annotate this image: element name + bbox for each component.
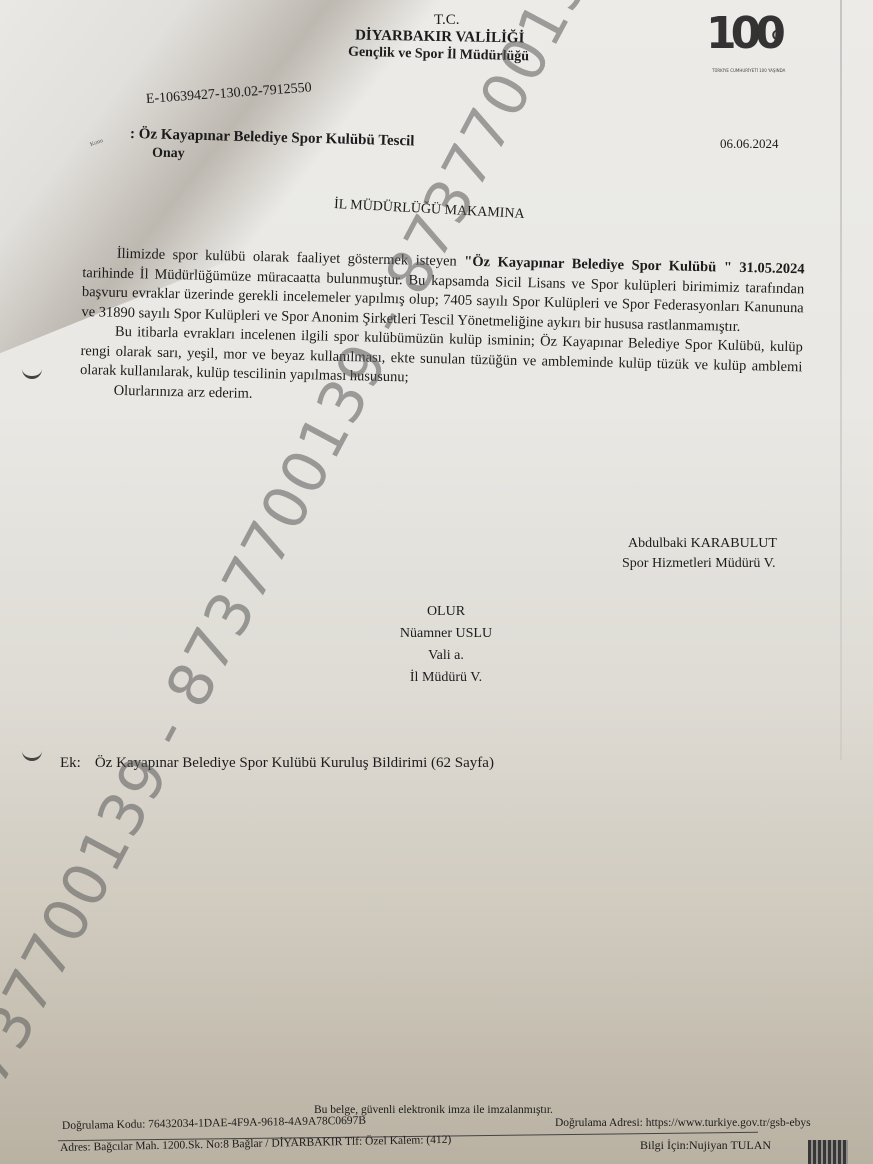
letter-body: İlimizde spor kulübü olarak faaliyet gös… <box>79 244 804 416</box>
attachment: Ek:Öz Kayapınar Belediye Spor Kulübü Kur… <box>60 755 494 772</box>
footer-info-contact: Bilgi İçin:Nujiyan TULAN <box>640 1138 771 1153</box>
approval-line-3: İl Müdürü V. <box>385 667 507 689</box>
document-number: E-10639427-130.02-7912550 <box>145 80 312 108</box>
header-directorate: Gençlik ve Spor İl Müdürlüğü <box>348 45 529 66</box>
footer-verification-code: Doğrulama Kodu: 76432034-1DAE-4F9A-9618-… <box>62 1115 366 1132</box>
signatory-name: Abdulbaki KARABULUT <box>628 536 777 552</box>
document-date: 06.06.2024 <box>720 136 779 152</box>
header-governorship: DİYARBAKIR VALİLİĞİ <box>355 28 525 48</box>
qr-code-icon <box>808 1140 848 1164</box>
punch-mark-icon <box>22 748 42 761</box>
approval-name: Nüamner USLU <box>385 623 507 645</box>
attachment-label: Ek: <box>60 755 81 771</box>
footer-verification-address[interactable]: Doğrulama Adresi: https://www.turkiye.go… <box>555 1117 811 1129</box>
punch-mark-icon <box>22 366 42 379</box>
approval-line-2: Vali a. <box>385 645 507 667</box>
centenary-logo: 100 ☪ TÜRKİYE CUMHURİYETİ 100 YAŞINDA <box>706 10 796 80</box>
document-page: T.C. DİYARBAKIR VALİLİĞİ Gençlik ve Spor… <box>0 0 873 1164</box>
addressee: İL MÜDÜRLÜĞÜ MAKAMINA <box>334 197 525 223</box>
approval-olur: OLUR <box>385 601 507 623</box>
watermark-number: 8737700139 - 8737700139 - 8737700139 <box>0 0 622 1131</box>
signatory-title: Spor Hizmetleri Müdürü V. <box>622 556 775 572</box>
attachment-text: Öz Kayapınar Belediye Spor Kulübü Kurulu… <box>95 755 494 771</box>
page-edge-line <box>840 0 842 760</box>
crescent-star-icon: ☪ <box>771 28 784 45</box>
subject-label: Konu <box>89 138 104 148</box>
footer-address: Adres: Bağcılar Mah. 1200.Sk. No:8 Bağla… <box>60 1134 452 1154</box>
footer: Bu belge, güvenli elektronik imza ile im… <box>0 1100 873 1164</box>
approval-block: OLUR Nüamner USLU Vali a. İl Müdürü V. <box>385 601 507 689</box>
logo-caption: TÜRKİYE CUMHURİYETİ 100 YAŞINDA <box>712 68 785 73</box>
subject-line-2: Onay <box>152 146 185 163</box>
header-tc: T.C. <box>434 12 460 29</box>
